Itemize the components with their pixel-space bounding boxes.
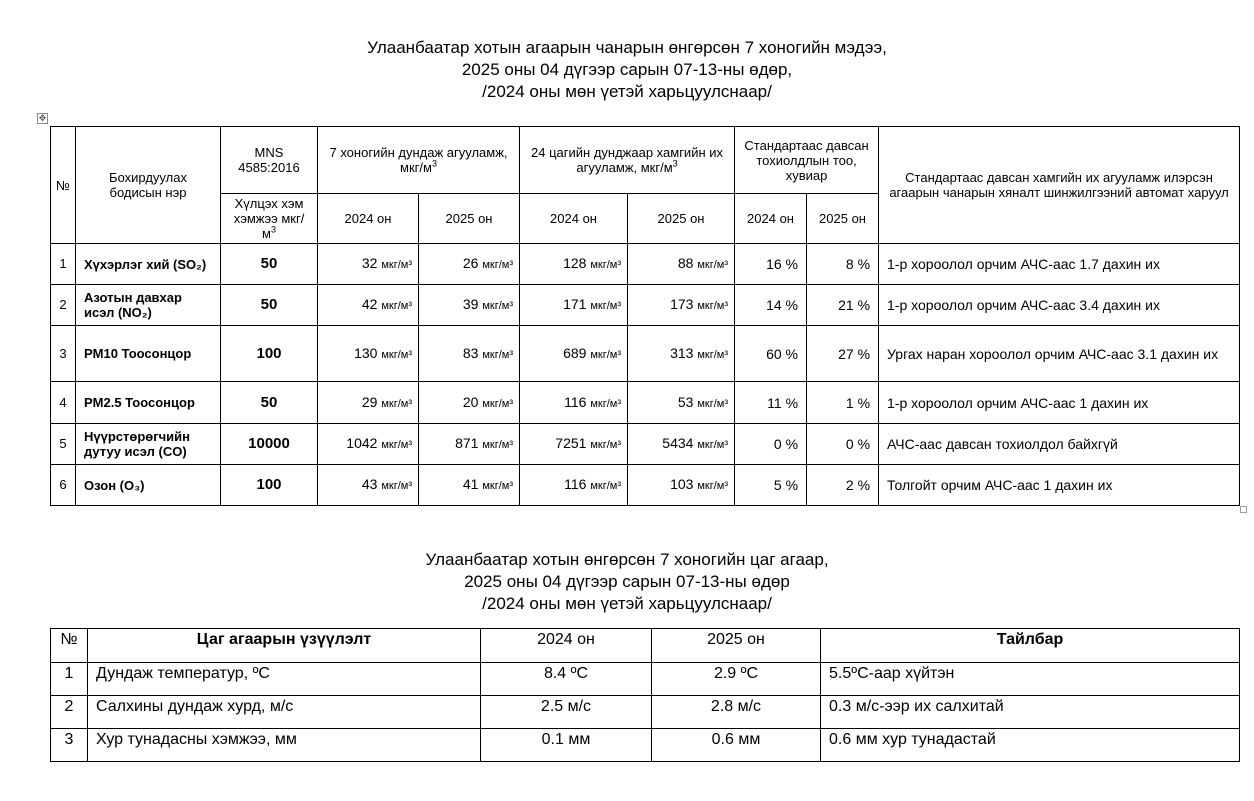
row-number: 2 bbox=[51, 285, 76, 326]
avg-2025: 39 мкг/м³ bbox=[419, 285, 520, 326]
station-note: Ургах наран хороолол орчим АЧС-аас 3.1 д… bbox=[879, 326, 1240, 382]
max-2024: 116 мкг/м³ bbox=[520, 382, 628, 424]
pollutant-name: PM2.5 Тоосонцор bbox=[76, 382, 221, 424]
station-note: 1-р хороолол орчим АЧС-аас 3.4 дахин их bbox=[879, 285, 1240, 326]
air-quality-table: № Бохирдуулах бодисын нэр MNS 4585:2016 … bbox=[50, 126, 1240, 506]
row-number: 3 bbox=[51, 326, 76, 382]
table-row: 2Салхины дундаж хурд, м/с2.5 м/с2.8 м/с0… bbox=[51, 696, 1240, 729]
limit-value: 100 bbox=[221, 465, 318, 506]
header-weekly-average: 7 хоногийн дундаж агууламж, мкг/м3 bbox=[318, 127, 520, 194]
max-2025: 173 мкг/м³ bbox=[628, 285, 735, 326]
table-row: 1Хүхэрлэг хий (SO₂)5032 мкг/м³26 мкг/м³1… bbox=[51, 244, 1240, 285]
title-line: 2025 оны 04 дүгээр сарын 07-13-ны өдөр, bbox=[0, 59, 1254, 81]
pct-2025: 0 % bbox=[807, 424, 879, 465]
table-resize-handle[interactable] bbox=[1240, 506, 1247, 513]
title-line: /2024 оны мөн үетэй харьцуулснаар/ bbox=[0, 593, 1254, 615]
header-24h-max: 24 цагийн дунджаар хамгийн их агууламж, … bbox=[520, 127, 735, 194]
indicator-name: Салхины дундаж хурд, м/с bbox=[88, 696, 481, 729]
station-note: Толгойт орчим АЧС-аас 1 дахин их bbox=[879, 465, 1240, 506]
max-2025: 88 мкг/м³ bbox=[628, 244, 735, 285]
value-2024: 2.5 м/с bbox=[481, 696, 652, 729]
avg-2024: 42 мкг/м³ bbox=[318, 285, 419, 326]
header-2025: 2025 он bbox=[652, 629, 821, 663]
header-no: № bbox=[51, 629, 88, 663]
max-2024: 7251 мкг/м³ bbox=[520, 424, 628, 465]
table-row: 6Озон (O₃)10043 мкг/м³41 мкг/м³116 мкг/м… bbox=[51, 465, 1240, 506]
note: 5.5ºC-аар хүйтэн bbox=[821, 663, 1240, 696]
header-row: № Бохирдуулах бодисын нэр MNS 4585:2016 … bbox=[51, 127, 1240, 194]
table-move-handle-icon[interactable]: ✥ bbox=[37, 113, 48, 124]
weather-table: № Цаг агаарын үзүүлэлт 2024 он 2025 он Т… bbox=[50, 628, 1240, 762]
title-line: Улаанбаатар хотын өнгөрсөн 7 хоногийн ца… bbox=[0, 549, 1254, 571]
table-row: 5Нүүрстөрөгчийн дутуу исэл (CO)100001042… bbox=[51, 424, 1240, 465]
pct-2025: 2 % bbox=[807, 465, 879, 506]
header-pct-2024: 2024 он bbox=[735, 194, 807, 244]
title-line: 2025 оны 04 дүгээр сарын 07-13-ны өдөр bbox=[0, 571, 1254, 593]
table-row: 3PM10 Тоосонцор100130 мкг/м³83 мкг/м³689… bbox=[51, 326, 1240, 382]
pct-2024: 11 % bbox=[735, 382, 807, 424]
pct-2025: 27 % bbox=[807, 326, 879, 382]
avg-2024: 43 мкг/м³ bbox=[318, 465, 419, 506]
max-2025: 103 мкг/м³ bbox=[628, 465, 735, 506]
header-pollutant-name: Бохирдуулах бодисын нэр bbox=[76, 127, 221, 244]
pct-2025: 21 % bbox=[807, 285, 879, 326]
header-note: Тайлбар bbox=[821, 629, 1240, 663]
limit-value: 50 bbox=[221, 382, 318, 424]
weather-report-title: Улаанбаатар хотын өнгөрсөн 7 хоногийн ца… bbox=[0, 549, 1254, 615]
header-limit-value: Хүлцэх хэм хэмжээ мкг/м3 bbox=[221, 194, 318, 244]
header-row: № Цаг агаарын үзүүлэлт 2024 он 2025 он Т… bbox=[51, 629, 1240, 663]
table-row: 1Дундаж температур, ºC8.4 ºC2.9 ºC5.5ºC-… bbox=[51, 663, 1240, 696]
station-note: 1-р хороолол орчим АЧС-аас 1.7 дахин их bbox=[879, 244, 1240, 285]
avg-2024: 1042 мкг/м³ bbox=[318, 424, 419, 465]
note: 0.3 м/с-ээр их салхитай bbox=[821, 696, 1240, 729]
value-2025: 2.9 ºC bbox=[652, 663, 821, 696]
max-2024: 171 мкг/м³ bbox=[520, 285, 628, 326]
avg-2025: 26 мкг/м³ bbox=[419, 244, 520, 285]
row-number: 2 bbox=[51, 696, 88, 729]
value-2024: 8.4 ºC bbox=[481, 663, 652, 696]
station-note: 1-р хороолол орчим АЧС-аас 1 дахин их bbox=[879, 382, 1240, 424]
indicator-name: Хур тунадасны хэмжээ, мм bbox=[88, 729, 481, 762]
table-row: 4PM2.5 Тоосонцор5029 мкг/м³20 мкг/м³116 … bbox=[51, 382, 1240, 424]
row-number: 5 bbox=[51, 424, 76, 465]
avg-2025: 871 мкг/м³ bbox=[419, 424, 520, 465]
max-2024: 689 мкг/м³ bbox=[520, 326, 628, 382]
pct-2024: 60 % bbox=[735, 326, 807, 382]
max-2024: 128 мкг/м³ bbox=[520, 244, 628, 285]
row-number: 4 bbox=[51, 382, 76, 424]
row-number: 1 bbox=[51, 663, 88, 696]
header-avg-2025: 2025 он bbox=[419, 194, 520, 244]
value-2025: 2.8 м/с bbox=[652, 696, 821, 729]
limit-value: 50 bbox=[221, 244, 318, 285]
station-note: АЧС-аас давсан тохиолдол байхгүй bbox=[879, 424, 1240, 465]
value-2025: 0.6 мм bbox=[652, 729, 821, 762]
pct-2024: 16 % bbox=[735, 244, 807, 285]
pct-2024: 14 % bbox=[735, 285, 807, 326]
pollutant-name: Нүүрстөрөгчийн дутуу исэл (CO) bbox=[76, 424, 221, 465]
title-line: /2024 оны мөн үетэй харьцуулснаар/ bbox=[0, 81, 1254, 103]
pct-2025: 8 % bbox=[807, 244, 879, 285]
pollutant-name: Азотын давхар исэл (NO₂) bbox=[76, 285, 221, 326]
header-station: Стандартаас давсан хамгийн их агууламж и… bbox=[879, 127, 1240, 244]
max-2025: 313 мкг/м³ bbox=[628, 326, 735, 382]
row-number: 6 bbox=[51, 465, 76, 506]
value-2024: 0.1 мм bbox=[481, 729, 652, 762]
pct-2025: 1 % bbox=[807, 382, 879, 424]
note: 0.6 мм хур тунадастай bbox=[821, 729, 1240, 762]
header-max-2024: 2024 он bbox=[520, 194, 628, 244]
max-2024: 116 мкг/м³ bbox=[520, 465, 628, 506]
pct-2024: 0 % bbox=[735, 424, 807, 465]
avg-2025: 20 мкг/м³ bbox=[419, 382, 520, 424]
max-2025: 5434 мкг/м³ bbox=[628, 424, 735, 465]
avg-2024: 130 мкг/м³ bbox=[318, 326, 419, 382]
title-line: Улаанбаатар хотын агаарын чанарын өнгөрс… bbox=[0, 37, 1254, 59]
header-avg-2024: 2024 он bbox=[318, 194, 419, 244]
pollutant-name: Хүхэрлэг хий (SO₂) bbox=[76, 244, 221, 285]
air-quality-report-title: Улаанбаатар хотын агаарын чанарын өнгөрс… bbox=[0, 37, 1254, 103]
header-no: № bbox=[51, 127, 76, 244]
header-max-2025: 2025 он bbox=[628, 194, 735, 244]
max-2025: 53 мкг/м³ bbox=[628, 382, 735, 424]
limit-value: 50 bbox=[221, 285, 318, 326]
row-number: 1 bbox=[51, 244, 76, 285]
header-2024: 2024 он bbox=[481, 629, 652, 663]
avg-2024: 32 мкг/м³ bbox=[318, 244, 419, 285]
pollutant-name: Озон (O₃) bbox=[76, 465, 221, 506]
table-row: 3Хур тунадасны хэмжээ, мм0.1 мм0.6 мм0.6… bbox=[51, 729, 1240, 762]
header-mns-standard: MNS 4585:2016 bbox=[221, 127, 318, 194]
indicator-name: Дундаж температур, ºC bbox=[88, 663, 481, 696]
limit-value: 100 bbox=[221, 326, 318, 382]
header-indicator: Цаг агаарын үзүүлэлт bbox=[88, 629, 481, 663]
avg-2024: 29 мкг/м³ bbox=[318, 382, 419, 424]
limit-value: 10000 bbox=[221, 424, 318, 465]
pollutant-name: PM10 Тоосонцор bbox=[76, 326, 221, 382]
header-exceedance-percent: Стандартаас давсан тохиолдлын тоо, хувиа… bbox=[735, 127, 879, 194]
avg-2025: 83 мкг/м³ bbox=[419, 326, 520, 382]
pct-2024: 5 % bbox=[735, 465, 807, 506]
row-number: 3 bbox=[51, 729, 88, 762]
header-pct-2025: 2025 он bbox=[807, 194, 879, 244]
avg-2025: 41 мкг/м³ bbox=[419, 465, 520, 506]
table-row: 2Азотын давхар исэл (NO₂)5042 мкг/м³39 м… bbox=[51, 285, 1240, 326]
